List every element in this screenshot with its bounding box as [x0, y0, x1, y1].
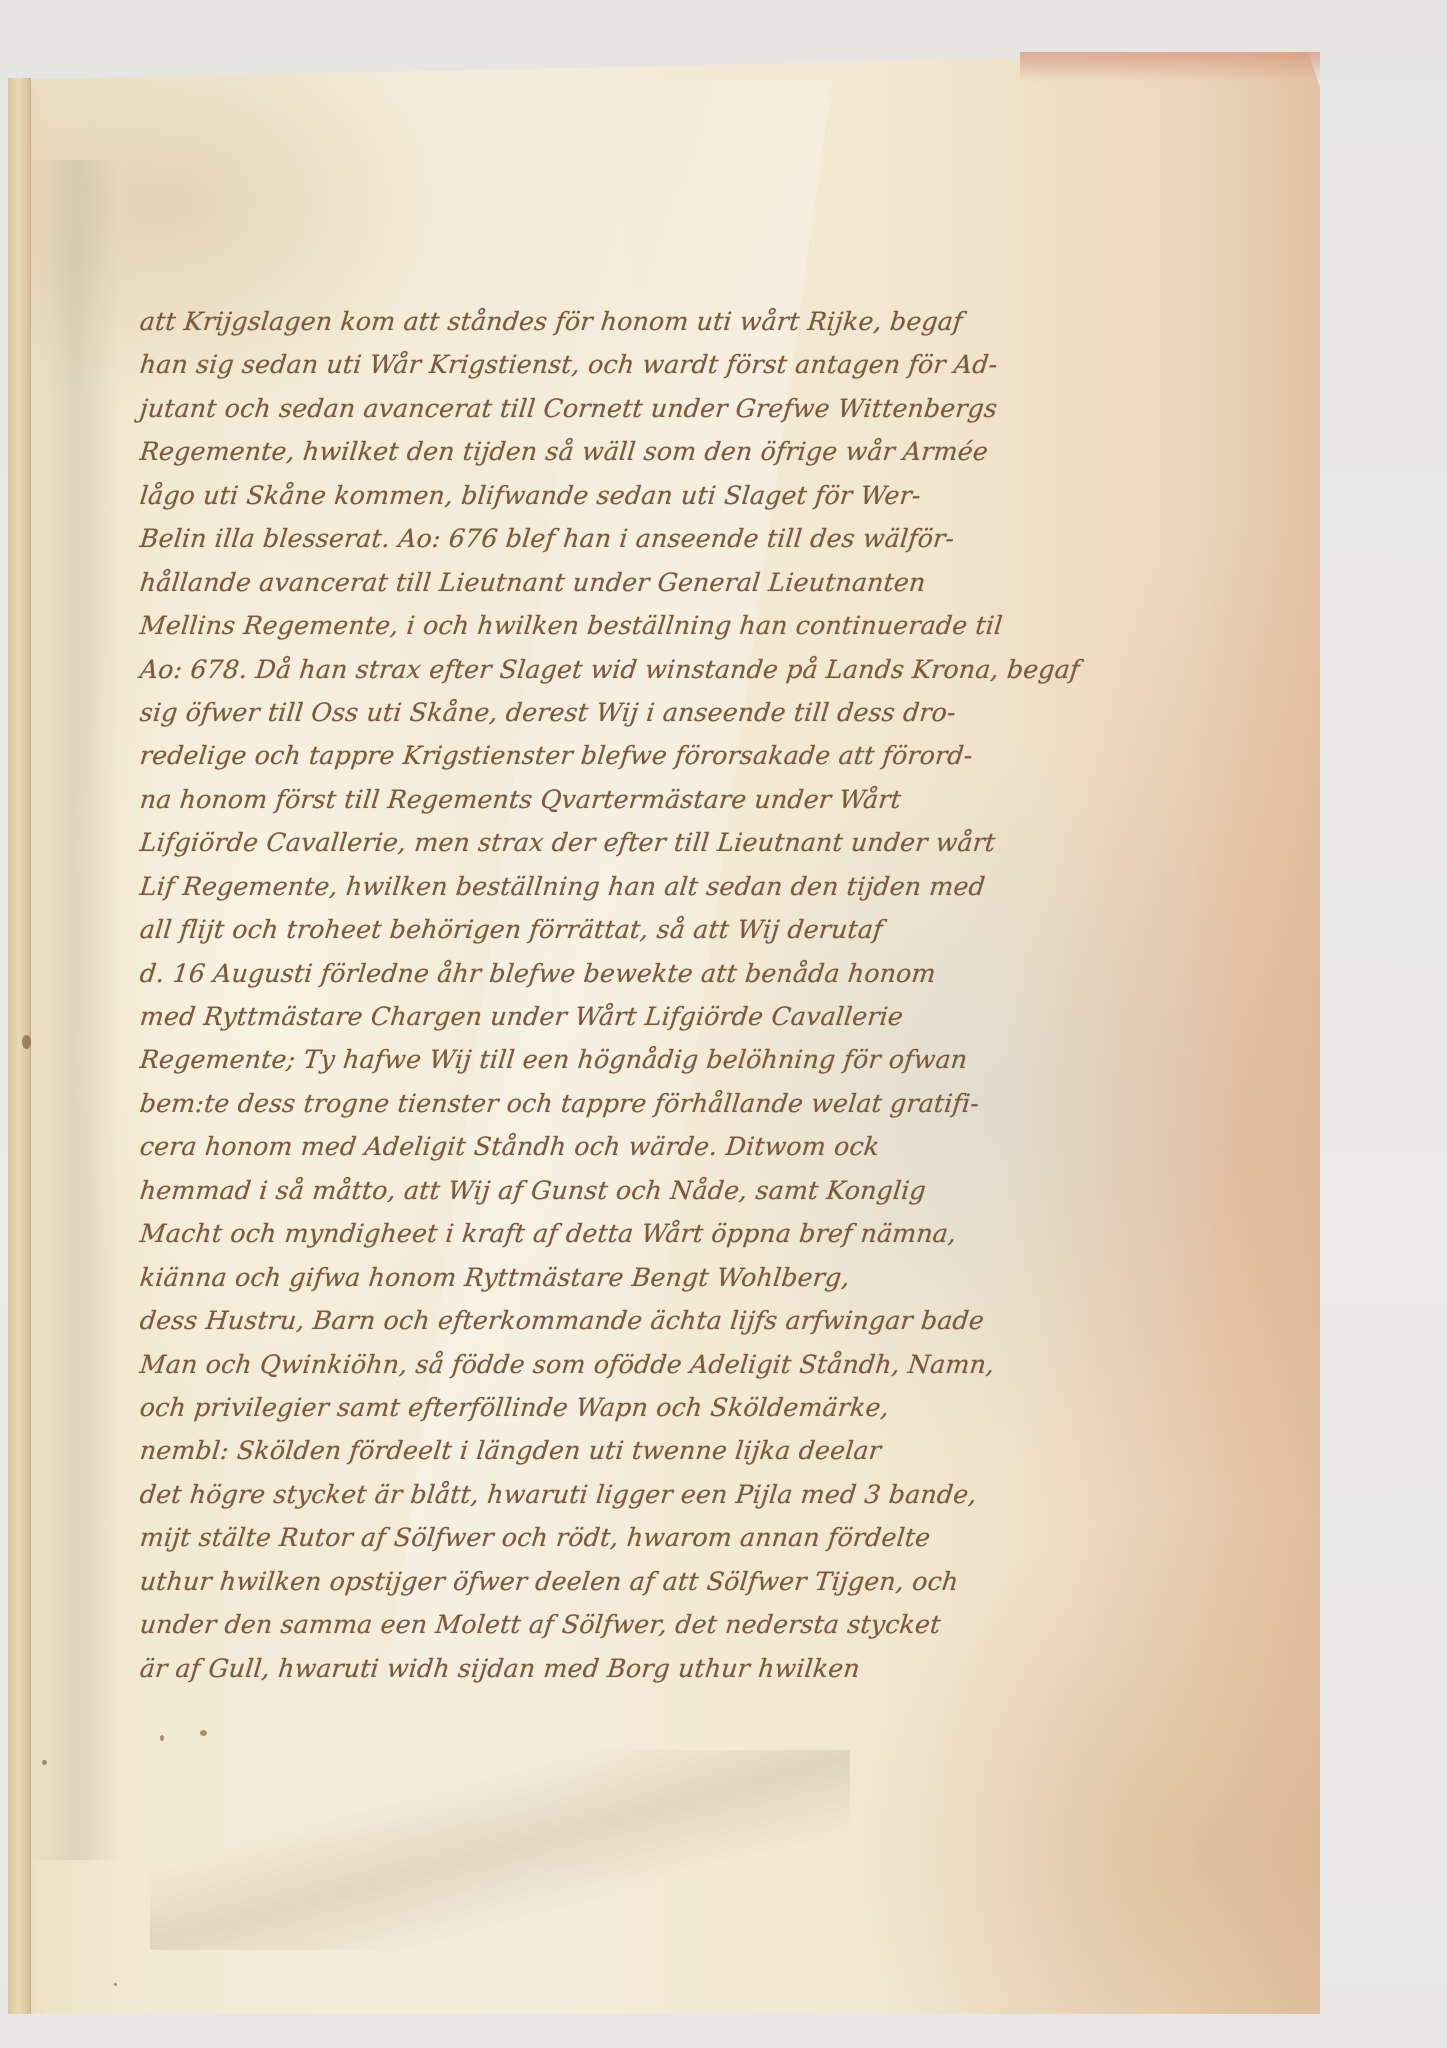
text-line: redelige och tappre Krigstienster blefwe… [138, 734, 1183, 777]
foxing-spot [200, 1730, 207, 1736]
text-line: lågo uti Skåne kommen, blifwande sedan u… [138, 474, 1183, 517]
page-edge-discoloration [1020, 52, 1320, 82]
text-line: under den samma een Molett af Sölfwer, d… [138, 1603, 1183, 1646]
text-line: det högre stycket är blått, hwaruti ligg… [138, 1473, 1183, 1516]
text-line: jutant och sedan avancerat till Cornett … [138, 387, 1183, 430]
text-line: Ao: 678. Då han strax efter Slaget wid w… [138, 648, 1183, 691]
text-line: sig öfwer till Oss uti Skåne, derest Wij… [138, 691, 1183, 734]
text-line: nembl: Skölden fördeelt i längden uti tw… [138, 1429, 1183, 1472]
text-line: bem:te dess trogne tienster och tappre f… [138, 1082, 1183, 1125]
text-line: Macht och myndigheet i kraft af detta Wå… [138, 1212, 1183, 1255]
text-line: hemmad i så måtto, att Wij af Gunst och … [138, 1169, 1183, 1212]
text-line: mijt stälte Rutor af Sölfwer och rödt, h… [138, 1516, 1183, 1559]
text-line: d. 16 Augusti förledne åhr blefwe bewekt… [138, 952, 1183, 995]
text-line: hållande avancerat till Lieutnant under … [138, 561, 1183, 604]
foxing-spot [114, 1983, 117, 1986]
text-line: dess Hustru, Barn och efterkommande ächt… [138, 1299, 1183, 1342]
text-line: är af Gull, hwaruti widh sijdan med Borg… [138, 1647, 1183, 1690]
text-line: han sig sedan uti Wår Krigstienst, och w… [138, 343, 1183, 386]
manuscript-text: att Krijgslagen kom att ståndes för hono… [140, 300, 1180, 1690]
foxing-spot [160, 1735, 164, 1741]
text-line: Regemente; Ty hafwe Wij till een högnådi… [138, 1038, 1183, 1081]
text-line: Man och Qwinkiöhn, så födde som ofödde A… [138, 1343, 1183, 1386]
text-line: cera honom med Adeligit Ståndh och wärde… [138, 1125, 1183, 1168]
text-line: all flijt och troheet behörigen förrätta… [138, 908, 1183, 951]
text-line: med Ryttmästare Chargen under Wårt Lifgi… [138, 995, 1183, 1038]
text-line: Regemente, hwilket den tijden så wäll so… [138, 430, 1183, 473]
text-line: Lif Regemente, hwilken beställning han a… [138, 865, 1183, 908]
text-line: Mellins Regemente, i och hwilken beställ… [138, 604, 1183, 647]
text-line: kiänna och gifwa honom Ryttmästare Bengt… [138, 1256, 1183, 1299]
text-line: och privilegier samt efterföllinde Wapn … [138, 1386, 1183, 1429]
foxing-spot [22, 1035, 31, 1049]
text-line: uthur hwilken opstijger öfwer deelen af … [138, 1560, 1183, 1603]
text-line: att Krijgslagen kom att ståndes för hono… [138, 300, 1183, 343]
foxing-spot [42, 1760, 47, 1765]
text-line: Lifgiörde Cavallerie, men strax der efte… [138, 821, 1183, 864]
text-line: Belin illa blesserat. Ao: 676 blef han i… [138, 517, 1183, 560]
text-line: na honom först till Regements Qvartermäs… [138, 778, 1183, 821]
